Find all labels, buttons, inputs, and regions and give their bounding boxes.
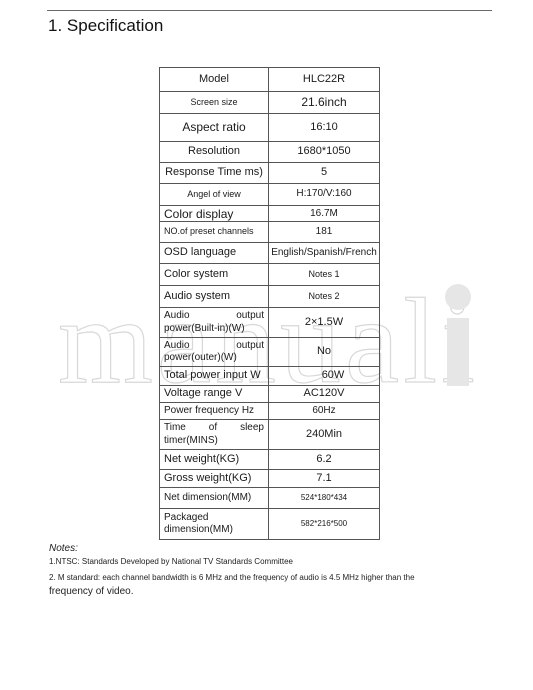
spec-label: NO.of preset channels — [160, 222, 269, 243]
spec-label: Timeofsleep timer(MINS) — [160, 420, 269, 450]
table-row: Screen size 21.6inch — [160, 92, 380, 114]
spec-label-part: Audio — [164, 310, 190, 323]
spec-label: Power frequency Hz — [160, 403, 269, 420]
spec-label: Net dimension(MM) — [160, 488, 269, 509]
spec-value: 60Hz — [269, 403, 380, 420]
spec-label: Color system — [160, 264, 269, 286]
spec-label-part: output — [236, 340, 264, 353]
page-title: 1. Specification — [48, 16, 163, 36]
spec-value: 5 — [269, 163, 380, 184]
spec-label-part: timer(MINS) — [164, 435, 264, 448]
table-row: Net weight(KG) 6.2 — [160, 450, 380, 470]
spec-label: Net weight(KG) — [160, 450, 269, 470]
table-row: Color display 16.7M — [160, 206, 380, 222]
table-row: Net dimension(MM) 524*180*434 — [160, 488, 380, 509]
spec-value: 16:10 — [269, 114, 380, 142]
spec-value: H:170/V:160 — [269, 184, 380, 206]
spec-value: 60W — [269, 367, 380, 386]
spec-value: 524*180*434 — [269, 488, 380, 509]
spec-label: Audio system — [160, 286, 269, 308]
table-row: Power frequency Hz 60Hz — [160, 403, 380, 420]
spec-value: 7.1 — [269, 470, 380, 488]
note-item: 1.NTSC: Standards Developed by National … — [49, 557, 489, 566]
spec-label-part: Time — [164, 422, 186, 435]
spec-value: 1680*1050 — [269, 142, 380, 163]
spec-label: Model — [160, 68, 269, 92]
top-rule-divider — [47, 10, 492, 11]
spec-label: Voltage range V — [160, 386, 269, 403]
spec-label: Total power input W — [160, 367, 269, 386]
table-row: Aspect ratio 16:10 — [160, 114, 380, 142]
spec-value: HLC22R — [269, 68, 380, 92]
spec-value: Notes 2 — [269, 286, 380, 308]
spec-label-part: power(Built-in)(W) — [164, 323, 264, 336]
table-row: Gross weight(KG) 7.1 — [160, 470, 380, 488]
spec-value: AC120V — [269, 386, 380, 403]
spec-value: English/Spanish/French — [269, 243, 380, 264]
spec-label: Audiooutput power(outer)(W) — [160, 338, 269, 367]
spec-label-part: Audio — [164, 340, 190, 353]
table-row: Resolution 1680*1050 — [160, 142, 380, 163]
spec-value: 240Min — [269, 420, 380, 450]
table-row: Color system Notes 1 — [160, 264, 380, 286]
spec-label-part: power(outer)(W) — [164, 352, 264, 365]
spec-label: OSD language — [160, 243, 269, 264]
spec-label: Screen size — [160, 92, 269, 114]
spec-label: Gross weight(KG) — [160, 470, 269, 488]
spec-label-part: dimension(MM) — [164, 524, 264, 537]
spec-value: 16.7M — [269, 206, 380, 222]
spec-label: Packaged dimension(MM) — [160, 509, 269, 540]
spec-value: 181 — [269, 222, 380, 243]
spec-label: Audiooutput power(Built-in)(W) — [160, 308, 269, 338]
table-row: Voltage range V AC120V — [160, 386, 380, 403]
table-row: Audiooutput power(Built-in)(W) 2×1.5W — [160, 308, 380, 338]
table-row: Model HLC22R — [160, 68, 380, 92]
note-item: 2. M standard: each channel bandwidth is… — [49, 573, 489, 582]
spec-label: Aspect ratio — [160, 114, 269, 142]
notes-title: Notes: — [49, 543, 489, 554]
spec-value: 2×1.5W — [269, 308, 380, 338]
table-row: Total power input W 60W — [160, 367, 380, 386]
table-row: Audiooutput power(outer)(W) No — [160, 338, 380, 367]
table-row: Packaged dimension(MM) 582*216*500 — [160, 509, 380, 540]
table-row: NO.of preset channels 181 — [160, 222, 380, 243]
table-row: Timeofsleep timer(MINS) 240Min — [160, 420, 380, 450]
spec-value: No — [269, 338, 380, 367]
spec-value: 21.6inch — [269, 92, 380, 114]
spec-label-part: Packaged — [164, 512, 264, 525]
spec-label: Color display — [160, 206, 269, 222]
spec-value: 6.2 — [269, 450, 380, 470]
note-continuation: frequency of video. — [49, 586, 489, 597]
spec-label: Angel of view — [160, 184, 269, 206]
specification-table: Model HLC22R Screen size 21.6inch Aspect… — [159, 67, 380, 540]
spec-value: Notes 1 — [269, 264, 380, 286]
table-row: Response Time ms) 5 — [160, 163, 380, 184]
table-row: OSD language English/Spanish/French — [160, 243, 380, 264]
spec-label-part: output — [236, 310, 264, 323]
table-row: Angel of view H:170/V:160 — [160, 184, 380, 206]
notes-section: Notes: 1.NTSC: Standards Developed by Na… — [49, 543, 489, 597]
table-row: Audio system Notes 2 — [160, 286, 380, 308]
spec-label-part: sleep — [240, 422, 264, 435]
spec-value: 582*216*500 — [269, 509, 380, 540]
spec-label-part: of — [209, 422, 217, 435]
spec-label: Response Time ms) — [160, 163, 269, 184]
spec-label: Resolution — [160, 142, 269, 163]
